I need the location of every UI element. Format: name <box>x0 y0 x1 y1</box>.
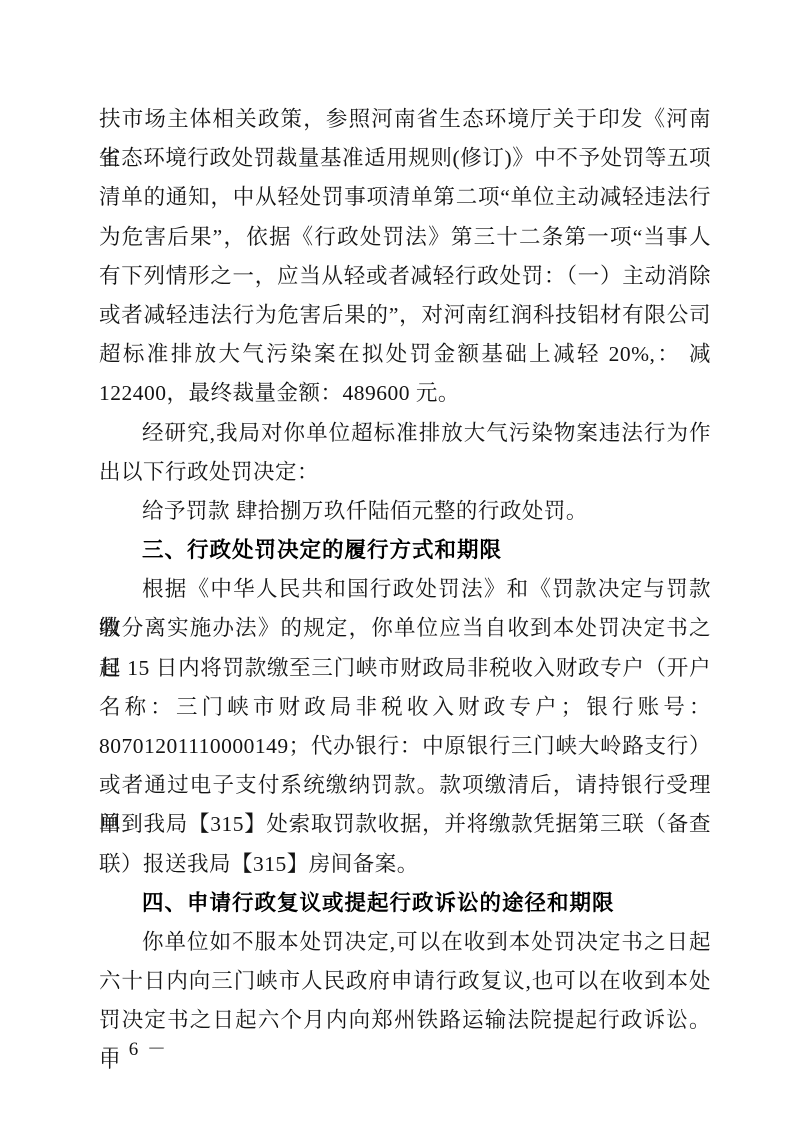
document-line: 或者通过电子支付系统缴纳罚款。款项缴清后，请持银行受理回 <box>99 766 711 805</box>
document-page: 扶市场主体相关政策，参照河南省生态环境厅关于印发《河南省 生态环境行政处罚裁量基… <box>0 0 793 1122</box>
page-number: － 6 － <box>101 1038 168 1062</box>
document-line: 出以下行政处罚决定： <box>99 453 711 492</box>
document-line: 根据《中华人民共和国行政处罚法》和《罚款决定与罚款收 <box>99 570 711 609</box>
document-line: 起 15 日内将罚款缴至三门峡市财政局非税收入财政专户（开户 <box>99 649 711 688</box>
document-line: 超标准排放大气污染案在拟处罚金额基础上减轻 20%,： 减 <box>99 335 711 374</box>
document-line: 扶市场主体相关政策，参照河南省生态环境厅关于印发《河南省 <box>99 100 711 139</box>
section-heading-3: 三、行政处罚决定的履行方式和期限 <box>99 531 711 570</box>
penalty-amount-line: 给予罚款 肆拾捌万玖仟陆佰元整的行政处罚。 <box>99 492 711 531</box>
document-line: 缴分离实施办法》的规定，你单位应当自收到本处罚决定书之日 <box>99 609 711 648</box>
document-line: 联）报送我局【315】房间备案。 <box>99 845 711 884</box>
document-line: 122400，最终裁量金额：489600 元。 <box>99 374 711 413</box>
document-line: 罚决定书之日起六个月内向郑州铁路运输法院提起行政诉讼。申 <box>99 1001 711 1040</box>
document-text-block: 扶市场主体相关政策，参照河南省生态环境厅关于印发《河南省 生态环境行政处罚裁量基… <box>99 100 711 1041</box>
document-line: 经研究,我局对你单位超标准排放大气污染物案违法行为作 <box>99 414 711 453</box>
document-line: 你单位如不服本处罚决定,可以在收到本处罚决定书之日起 <box>99 923 711 962</box>
bank-account-line: 80701201110000149；代办银行：中原银行三门峡大岭路支行） <box>99 727 711 766</box>
document-line: 有下列情形之一，应当从轻或者减轻行政处罚：（一）主动消除 <box>99 257 711 296</box>
document-line: 六十日内向三门峡市人民政府申请行政复议,也可以在收到本处 <box>99 962 711 1001</box>
document-line: 为危害后果”，依据《行政处罚法》第三十二条第一项“当事人 <box>99 218 711 257</box>
document-line: 名称：三门峡市财政局非税收入财政专户；银行账号： <box>99 688 711 727</box>
document-line: 清单的通知，中从轻处罚事项清单第二项“单位主动减轻违法行 <box>99 178 711 217</box>
section-heading-4: 四、申请行政复议或提起行政诉讼的途径和期限 <box>99 884 711 923</box>
document-line: 生态环境行政处罚裁量基准适用规则(修订)》中不予处罚等五项 <box>99 139 711 178</box>
document-line: 单到我局【315】处索取罚款收据，并将缴款凭据第三联（备查 <box>99 805 711 844</box>
document-line: 或者减轻违法行为危害后果的”，对河南红润科技铝材有限公司 <box>99 296 711 335</box>
